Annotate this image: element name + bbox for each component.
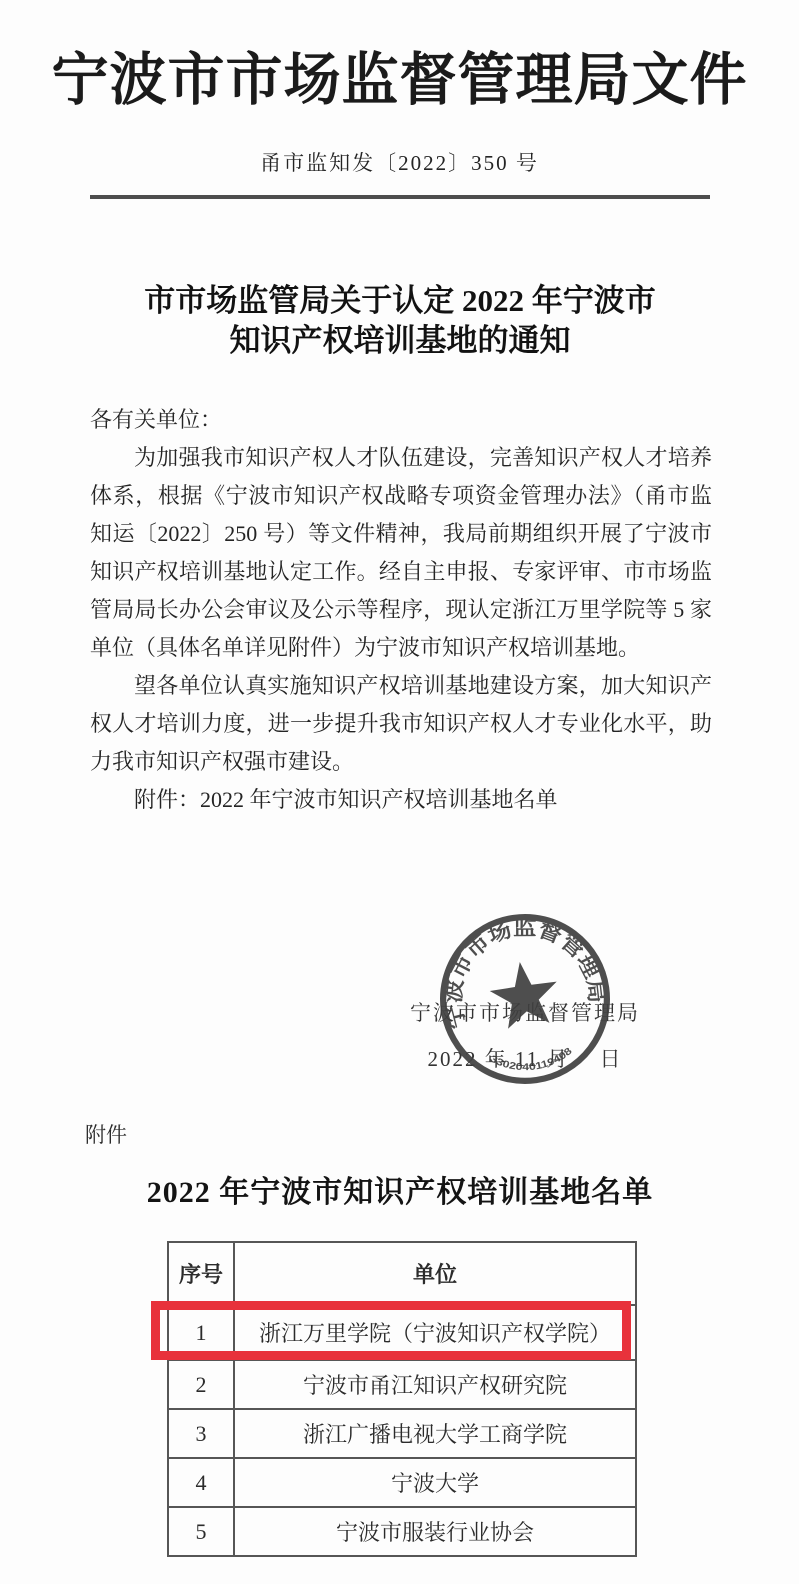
table-header-unit: 单位 [234,1242,636,1305]
roster-table: 序号 单位 1 浙江万里学院（宁波知识产权学院） 2 宁波市甬江知识产权研究院 … [167,1241,637,1557]
header-divider-line [90,195,710,199]
body-paragraph-1: 为加强我市知识产权人才队伍建设，完善知识产权人才培养体系，根据《宁波市知识产权战… [90,439,712,667]
document-header: 宁波市市场监督管理局文件 [0,34,799,116]
document-title: 市市场监管局关于认定 2022 年宁波市 知识产权培训基地的通知 [60,281,740,361]
table-row: 2 宁波市甬江知识产权研究院 [168,1360,636,1409]
table-row: 4 宁波大学 [168,1458,636,1507]
row-no: 3 [168,1409,234,1458]
red-highlight-box [151,1301,631,1360]
row-unit: 宁波市甬江知识产权研究院 [234,1360,636,1409]
document-page: 宁波市市场监督管理局文件 甬市监知发〔2022〕350 号 市市场监管局关于认定… [0,0,799,1584]
table-row: 5 宁波市服装行业协会 [168,1507,636,1556]
attachment-label: 附件 [85,1119,127,1149]
roster-table-title: 2022 年宁波市知识产权培训基地名单 [60,1167,740,1211]
row-no: 5 [168,1507,234,1556]
row-unit: 宁波市服装行业协会 [234,1507,636,1556]
row-unit: 宁波大学 [234,1458,636,1507]
seal-star-icon [486,957,562,1030]
document-body: 各有关单位： 为加强我市知识产权人才队伍建设，完善知识产权人才培养体系，根据《宁… [90,401,712,819]
table-header-no: 序号 [168,1242,234,1305]
row-unit: 浙江广播电视大学工商学院 [234,1409,636,1458]
row-no: 4 [168,1458,234,1507]
salutation: 各有关单位： [90,401,712,439]
document-title-line1: 市市场监管局关于认定 2022 年宁波市 [144,283,656,318]
official-seal: 宁波市市场监督管理局 3302040119408 [436,910,614,1088]
table-header-row: 序号 单位 [168,1242,636,1305]
body-paragraph-2: 望各单位认真实施知识产权培训基地建设方案，加大知识产权人才培训力度，进一步提升我… [90,667,712,781]
row-no: 2 [168,1360,234,1409]
attachment-reference: 附件：2022 年宁波市知识产权培训基地名单 [90,781,712,819]
doc-number: 甬市监知发〔2022〕350 号 [0,147,799,177]
table-row: 3 浙江广播电视大学工商学院 [168,1409,636,1458]
document-title-line2: 知识产权培训基地的通知 [230,323,571,358]
